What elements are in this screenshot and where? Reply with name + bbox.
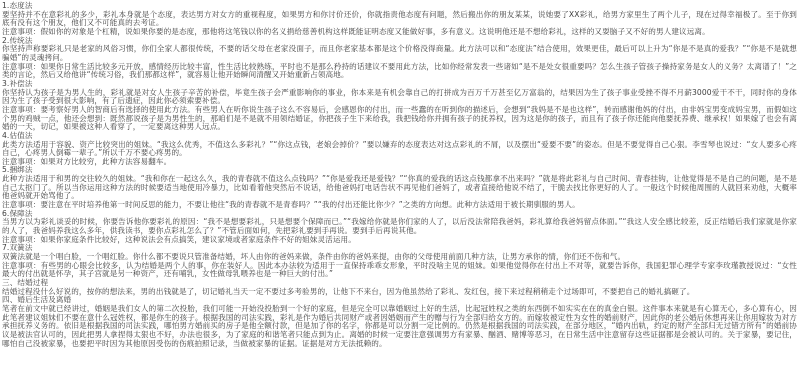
section-paragraph: 此种方法适用于和男的交往较久的姐妹。“我和你在一起这么久，我的青春就不值这么点钱… [2,175,797,201]
section-note: 注意事项：有些男的心眼会比较多，认为结婚是两个人的事，你在装好人。因此本办法较为… [2,262,797,279]
section-note: 注意事项：如果对方比较穷，此种方法容易翻车。 [2,158,797,167]
section-paragraph: 当男方以为彩礼谈妥的时候，你要告诉他你要彩礼的原因：“我不是想要彩礼，只是想要个… [2,218,797,235]
section-paragraph: 此类方法适用于容貌、资产比较突出的姐妹。“我这么优秀，不值这么多彩礼？”“你这点… [2,141,797,158]
section-paragraph: 要坚持并不在意彩礼的多少，彩礼本身就是个态度，表达男方对女方的重视程度，如果男方… [2,11,797,28]
section-note: 注意事项：如果你日常生活比较多元开放，感情经历比较丰富，性生活比较熟练，平时也不… [2,63,797,80]
section-note: 注意事项：要考察好男人的智商后有选择的使用此方法。有些男人在听你说生孩子这么不容… [2,106,797,132]
section-paragraph: 你坚持声称要彩礼只是老家的风俗习惯，你们全家人都很传统，不要的话父母在老家没面子… [2,45,797,62]
section-paragraph: 结婚过程没什么好说的，按你的想法来，男的出钱就是了，切记婚礼当天一定不要过多考验… [2,288,797,297]
section-note: 注意事项：如果你家庭条件比较好，这种说法会有点搞笑，建议家境或者家庭条件不好的姐… [2,236,797,245]
document-page: 1.态度法 要坚持并不在意彩礼的多少，彩礼本身就是个态度，表达男方对女方的重视程… [0,0,800,388]
section-paragraph: 笔者在前文中就已经讲过，婚姻是我们女人的第二次投胎，我们可能一开始没投胎到一个好… [2,305,797,348]
section-note: 注意事项：要注意在平时培养他第一时间反思的能力，不要让他往“我的青春就不是青春吗… [2,201,797,210]
section-note: 注意事项：假如你的对象是个杠精，说如果你要的是态度，那他将这笔钱以你的名义捐给慈… [2,28,797,37]
section-paragraph: 你坚持认为孩子是为男人生的，彩礼就是对女人生孩子辛苦的补偿，毕竟生孩子会严重影响… [2,89,797,106]
